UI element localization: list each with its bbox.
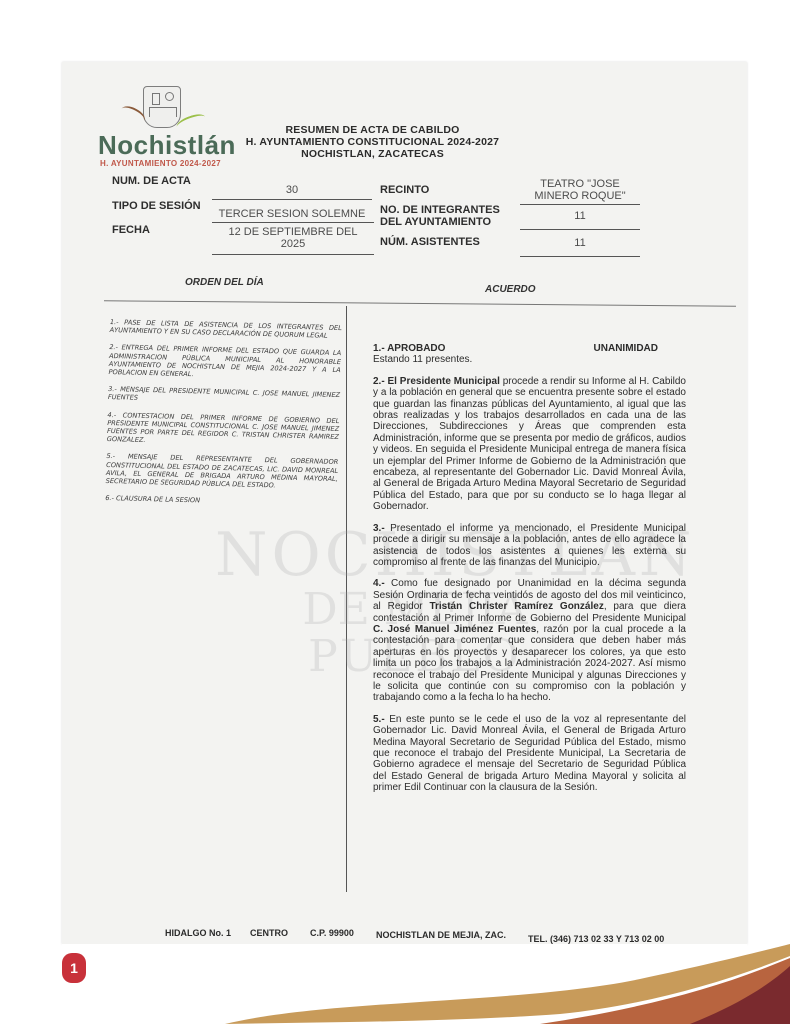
acuerdo-2-text: procede a rendir su Informe al H. Cabild… [373, 376, 686, 512]
acuerdo-4-regidor: Tristán Christer Ramírez González [429, 601, 603, 612]
acuerdo-5: 5.- En este punto se le cede el uso de l… [373, 714, 686, 794]
acuerdo-1: 1.- APROBADO UNANIMIDAD Estando 11 prese… [373, 343, 686, 366]
footer-colonia: CENTRO [250, 928, 288, 938]
footer-city: NOCHISTLAN DE MEJIA, ZAC. [376, 930, 506, 940]
asistentes-underline [520, 256, 640, 257]
acuerdo-3: 3.- Presentado el informe ya mencionado,… [373, 523, 686, 569]
recinto-value-line-2: MINERO ROQUE" [520, 190, 640, 202]
orden-del-dia-list: 1.- PASE DE LISTA DE ASISTENCIA DE LOS I… [105, 318, 342, 517]
num-acta-underline [212, 199, 372, 200]
footer-street: HIDALGO No. 1 [165, 928, 231, 938]
title-line-2: H. AYUNTAMIENTO CONSTITUCIONAL 2024-2027 [240, 136, 505, 148]
acuerdo-1-label: 1.- APROBADO [373, 343, 445, 354]
acuerdo-4-presidente: C. José Manuel Jiménez Fuentes [373, 624, 536, 635]
acuerdo-4-number: 4.- [373, 578, 385, 589]
acuerdo-5-text: En este punto se le cede el uso de la vo… [373, 714, 686, 793]
tipo-sesion-underline [212, 222, 374, 223]
fecha-value-line-1: 12 DE SEPTIEMBRE DEL [212, 226, 374, 238]
document-title: RESUMEN DE ACTA DE CABILDO H. AYUNTAMIEN… [240, 124, 505, 160]
acuerdo-2-subject: El Presidente Municipal [388, 376, 500, 387]
fecha-label: FECHA [112, 224, 150, 236]
integrantes-value: 11 [520, 210, 640, 222]
acuerdo-4: 4.- Como fue designado por Unanimidad en… [373, 578, 686, 703]
asistentes-label: NÚM. ASISTENTES [380, 236, 480, 248]
acuerdo-5-number: 5.- [373, 714, 385, 725]
asistentes-value: 11 [520, 237, 640, 249]
title-line-3: NOCHISTLAN, ZACATECAS [240, 148, 505, 160]
fecha-value: 12 DE SEPTIEMBRE DEL 2025 [212, 226, 374, 250]
acuerdo-3-number: 3.- [373, 523, 385, 534]
acuerdo-1-detail: Estando 11 presentes. [373, 354, 686, 365]
municipality-logo: Nochistlán H. AYUNTAMIENTO 2024-2027 [98, 86, 228, 176]
acuerdo-3-text: Presentado el informe ya mencionado, el … [373, 523, 686, 568]
decorative-swoosh-icon [0, 944, 790, 1024]
acuerdo-heading: ACUERDO [485, 284, 536, 295]
orden-item: 5.- MENSAJE DEL REPRESENTANTE DEL GOBERN… [106, 452, 339, 491]
municipal-crest-icon [143, 86, 181, 128]
acuerdo-1-result: UNANIMIDAD [594, 343, 658, 354]
recinto-underline [520, 204, 640, 205]
orden-del-dia-heading: ORDEN DEL DÍA [185, 277, 264, 288]
acuerdo-2-number: 2.- [373, 376, 385, 387]
recinto-label: RECINTO [380, 184, 429, 196]
integrantes-label-line-2: DEL AYUNTAMIENTO [380, 216, 500, 228]
brand-subtitle: H. AYUNTAMIENTO 2024-2027 [100, 159, 221, 168]
acuerdo-4-text-3: , razón por la cual procede a la contest… [373, 624, 686, 703]
fecha-value-line-2: 2025 [212, 238, 374, 250]
orden-item: 6.- CLAUSURA DE LA SESION [105, 494, 337, 508]
fecha-underline [212, 254, 374, 255]
recinto-value: TEATRO "JOSE MINERO ROQUE" [520, 178, 640, 202]
orden-item: 3.- MENSAJE DEL PRESIDENTE MUNICIPAL C. … [108, 385, 340, 407]
tipo-sesion-value: TERCER SESION SOLEMNE [212, 208, 372, 220]
footer-cp: C.P. 99900 [310, 928, 354, 938]
acuerdo-2: 2.- El Presidente Municipal procede a re… [373, 376, 686, 513]
num-acta-label: NUM. DE ACTA [112, 175, 191, 187]
title-line-1: RESUMEN DE ACTA DE CABILDO [240, 124, 505, 136]
footer-phone: TEL. (346) 713 02 33 Y 713 02 00 [528, 934, 664, 944]
tipo-sesion-label: TIPO DE SESIÓN [112, 200, 201, 212]
orden-item: 4.- CONTESTACION DEL PRIMER INFORME DE G… [107, 411, 340, 450]
integrantes-label-line-1: NO. DE INTEGRANTES [380, 204, 500, 216]
acuerdos-list: 1.- APROBADO UNANIMIDAD Estando 11 prese… [373, 343, 686, 804]
column-divider [346, 306, 347, 892]
integrantes-label: NO. DE INTEGRANTES DEL AYUNTAMIENTO [380, 204, 500, 228]
brand-name: Nochistlán [98, 130, 236, 161]
recinto-value-line-1: TEATRO "JOSE [520, 178, 640, 190]
num-acta-value: 30 [212, 184, 372, 196]
integrantes-underline [520, 229, 640, 230]
orden-item: 2.- ENTREGA DEL PRIMER INFORME DEL ESTAD… [108, 343, 341, 382]
